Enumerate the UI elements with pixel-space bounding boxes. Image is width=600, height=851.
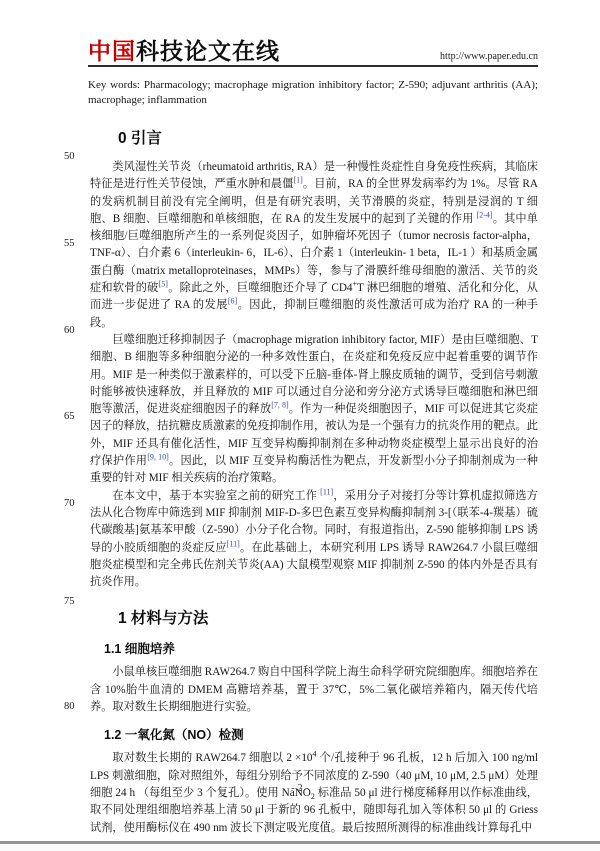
paragraph: 类风湿性关节炎（rheumatoid arthritis, RA）是一种慢性炎症… <box>90 159 538 332</box>
paragraph: 小鼠单核巨噬细胞 RAW264.7 购自中国科学院上海生命科学研究院细胞库。细胞… <box>90 664 538 716</box>
line-number: 70 <box>64 498 86 509</box>
line-number: 50 <box>64 151 86 162</box>
citation-ref[interactable]: [5] <box>159 279 168 288</box>
footer-page-number: - 2 - <box>0 783 600 794</box>
citation-ref[interactable]: [2-4] <box>477 210 493 219</box>
citation-ref[interactable]: [11] <box>320 487 333 496</box>
header-divider <box>88 65 538 67</box>
text-run: 。除此之外，巨噬细胞还介导了 CD4 <box>168 282 353 294</box>
paragraph: 在本文中，基于本实验室之前的研究工作 [11]，采用分子对接打分等计算机虚拟筛选… <box>90 488 538 592</box>
site-logo: 中国科技论文在线 <box>88 38 280 64</box>
line-number: 80 <box>64 701 86 712</box>
line-number: 55 <box>64 238 86 249</box>
subsection-heading: 1.2 一氧化氮（NO）检测 <box>104 725 538 743</box>
citation-ref[interactable]: [6] <box>228 297 237 306</box>
keywords-block: Key words: Pharmacology; macrophage migr… <box>88 78 538 108</box>
page-header: 中国科技论文在线 http://www.paper.edu.cn <box>88 38 538 67</box>
section-heading: 1 材料与方法 <box>118 606 538 628</box>
paragraph: 巨噬细胞迁移抑制因子（macrophage migration inhibito… <box>90 332 538 488</box>
site-url-link[interactable]: http://www.paper.edu.cn <box>440 51 538 64</box>
text-run: 小鼠单核巨噬细胞 RAW264.7 购自中国科学院上海生命科学研究院细胞库。细胞… <box>90 666 538 713</box>
subsection-heading: 1.1 细胞培养 <box>104 639 538 657</box>
line-number: 75 <box>64 596 86 607</box>
text-run: 取对数生长期的 RAW264.7 细胞以 2 ×10 <box>112 752 312 764</box>
section-heading: 0 引言 <box>118 126 538 148</box>
document-body: 0 引言类风湿性关节炎（rheumatoid arthritis, RA）是一种… <box>90 116 538 837</box>
citation-ref[interactable]: [9, 10] <box>147 452 169 461</box>
citation-ref[interactable]: [1] <box>293 176 302 185</box>
citation-ref[interactable]: [11] <box>227 539 240 548</box>
paper-page: 中国科技论文在线 http://www.paper.edu.cn Key wor… <box>0 0 600 851</box>
citation-ref[interactable]: [7, 8] <box>271 400 288 409</box>
text-run: 在本文中，基于本实验室之前的研究工作 <box>112 490 320 502</box>
logo-text-black: 科技论文在线 <box>136 38 280 64</box>
line-number: 60 <box>64 325 86 336</box>
page-bottom-margin <box>0 844 600 851</box>
line-number: 65 <box>64 411 86 422</box>
logo-text-red: 中国 <box>88 38 136 64</box>
